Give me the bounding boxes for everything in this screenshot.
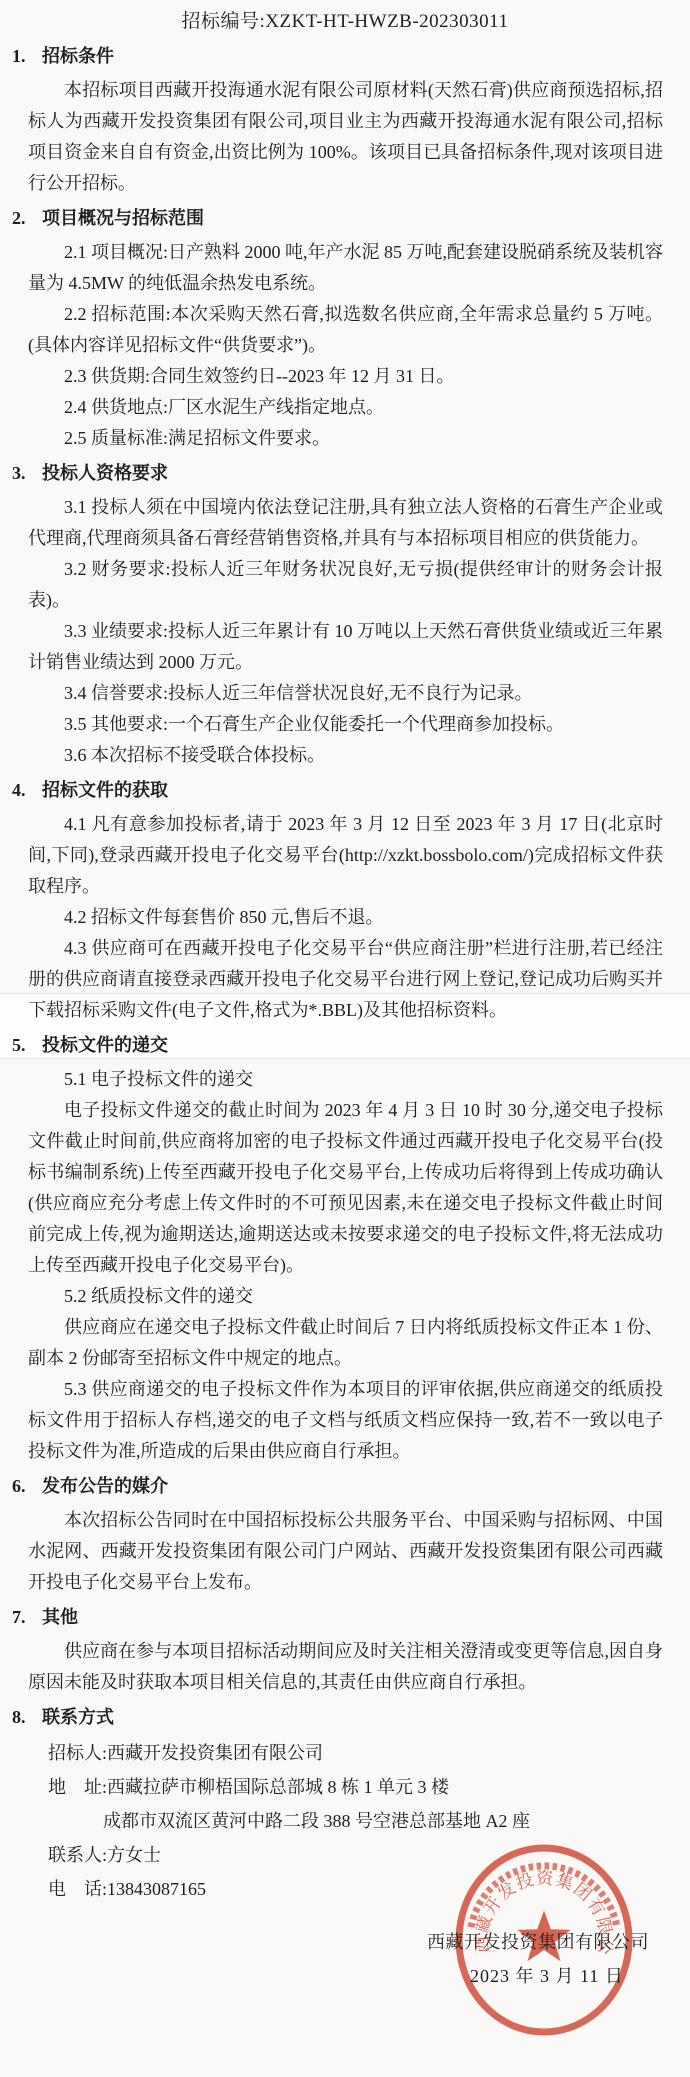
section-title: 项目概况与招标范围	[42, 208, 204, 228]
phone-label: 电 话:	[48, 1872, 107, 1906]
section-title: 其他	[42, 1607, 78, 1627]
paragraph: 3.6 本次招标不接受联合体投标。	[28, 740, 663, 771]
paragraph: 5.2 纸质投标文件的递交	[28, 1281, 663, 1312]
paragraph: 3.1 投标人须在中国境内依法登记注册,具有独立法人资格的石膏生产企业或代理商,…	[28, 492, 663, 554]
paragraph: 5.1 电子投标文件的递交	[28, 1064, 663, 1095]
section-number: 4.	[12, 774, 42, 806]
address-value-1: 西藏拉萨市柳梧国际总部城 8 栋 1 单元 3 楼	[107, 1777, 449, 1797]
paragraph: 本招标项目西藏开投海通水泥有限公司原材料(天然石膏)供应商预选招标,招标人为西藏…	[28, 75, 663, 199]
section-number: 7.	[12, 1601, 42, 1633]
section-title: 联系方式	[42, 1707, 114, 1727]
section-number: 8.	[12, 1701, 42, 1733]
section-title: 招标条件	[42, 46, 114, 66]
section-title: 发布公告的媒介	[42, 1476, 168, 1496]
section-number: 1.	[12, 40, 42, 72]
bidder-label: 招标人:	[48, 1736, 107, 1770]
scanned-tender-document-page: 招标编号:XZKT-HT-HWZB-202303011 1.招标条件 本招标项目…	[0, 0, 690, 2077]
paragraph: 供应商在参与本项目招标活动期间应及时关注相关澄清或变更等信息,因自身原因未能及时…	[28, 1636, 663, 1698]
phone-value: 13843087165	[107, 1879, 206, 1899]
paragraph: 3.2 财务要求:投标人近三年财务状况良好,无亏损(提供经审计的财务会计报表)。	[28, 554, 663, 616]
paragraph: 2.4 供货地点:厂区水泥生产线指定地点。	[28, 392, 663, 423]
section-heading-6: 6.发布公告的媒介	[0, 1470, 690, 1502]
bidder-value: 西藏开发投资集团有限公司	[107, 1743, 323, 1763]
contact-person-label: 联系人:	[48, 1838, 107, 1872]
section-heading-7: 7.其他	[0, 1601, 690, 1633]
tender-number-title: 招标编号:XZKT-HT-HWZB-202303011	[0, 0, 690, 37]
section-heading-2: 2.项目概况与招标范围	[0, 202, 690, 234]
section-title: 招标文件的获取	[42, 780, 168, 800]
paragraph: 2.5 质量标准:满足招标文件要求。	[28, 423, 663, 454]
section-number: 6.	[12, 1470, 42, 1502]
section-heading-4: 4.招标文件的获取	[0, 774, 690, 806]
paragraph: 供应商应在递交电子投标文件截止时间后 7 日内将纸质投标文件正本 1 份、副本 …	[28, 1312, 663, 1374]
address-value-2: 成都市双流区黄河中路二段 388 号空港总部基地 A2 座	[103, 1804, 690, 1838]
section-number: 5.	[12, 1029, 42, 1061]
section-number: 3.	[12, 457, 42, 489]
section-title: 投标文件的递交	[42, 1035, 168, 1055]
address-line: 地 址:西藏拉萨市柳梧国际总部城 8 栋 1 单元 3 楼	[48, 1770, 690, 1804]
paragraph: 电子投标文件递交的截止时间为 2023 年 4 月 3 日 10 时 30 分,…	[28, 1095, 663, 1281]
paragraph: 2.3 供货期:合同生效签约日--2023 年 12 月 31 日。	[28, 361, 663, 392]
document-content: 招标编号:XZKT-HT-HWZB-202303011 1.招标条件 本招标项目…	[0, 0, 690, 1906]
contact-person-value: 方女士	[107, 1845, 161, 1865]
paragraph: 5.3 供应商递交的电子投标文件作为本项目的评审依据,供应商递交的纸质投标文件用…	[28, 1374, 663, 1467]
paragraph: 3.3 业绩要求:投标人近三年累计有 10 万吨以上天然石膏供货业绩或近三年累计…	[28, 616, 663, 678]
signature-company: 西藏开发投资集团有限公司	[427, 1928, 649, 1954]
paragraph: 3.4 信誉要求:投标人近三年信誉状况良好,无不良行为记录。	[28, 678, 663, 709]
paragraph: 本次招标公告同时在中国招标投标公共服务平台、中国采购与招标网、中国水泥网、西藏开…	[28, 1505, 663, 1598]
bidder-line: 招标人:西藏开发投资集团有限公司	[48, 1736, 690, 1770]
paragraph: 2.1 项目概况:日产熟料 2000 吨,年产水泥 85 万吨,配套建设脱硝系统…	[28, 237, 663, 299]
section-heading-1: 1.招标条件	[0, 40, 690, 72]
paragraph: 2.2 招标范围:本次采购天然石膏,拟选数名供应商,全年需求总量约 5 万吨。(…	[28, 299, 663, 361]
section-number: 2.	[12, 202, 42, 234]
section-heading-5: 5.投标文件的递交	[0, 1029, 690, 1061]
section-title: 投标人资格要求	[42, 463, 168, 483]
signature-date: 2023 年 3 月 11 日	[470, 1962, 624, 1988]
paragraph: 4.3 供应商可在西藏开投电子化交易平台“供应商注册”栏进行注册,若已经注册的供…	[28, 933, 663, 1026]
address-label: 地 址:	[48, 1770, 107, 1804]
paragraph: 3.5 其他要求:一个石膏生产企业仅能委托一个代理商参加投标。	[28, 709, 663, 740]
section-heading-8: 8.联系方式	[0, 1701, 690, 1733]
paragraph: 4.1 凡有意参加投标者,请于 2023 年 3 月 12 日至 2023 年 …	[28, 809, 663, 902]
section-heading-3: 3.投标人资格要求	[0, 457, 690, 489]
paragraph: 4.2 招标文件每套售价 850 元,售后不退。	[28, 902, 663, 933]
